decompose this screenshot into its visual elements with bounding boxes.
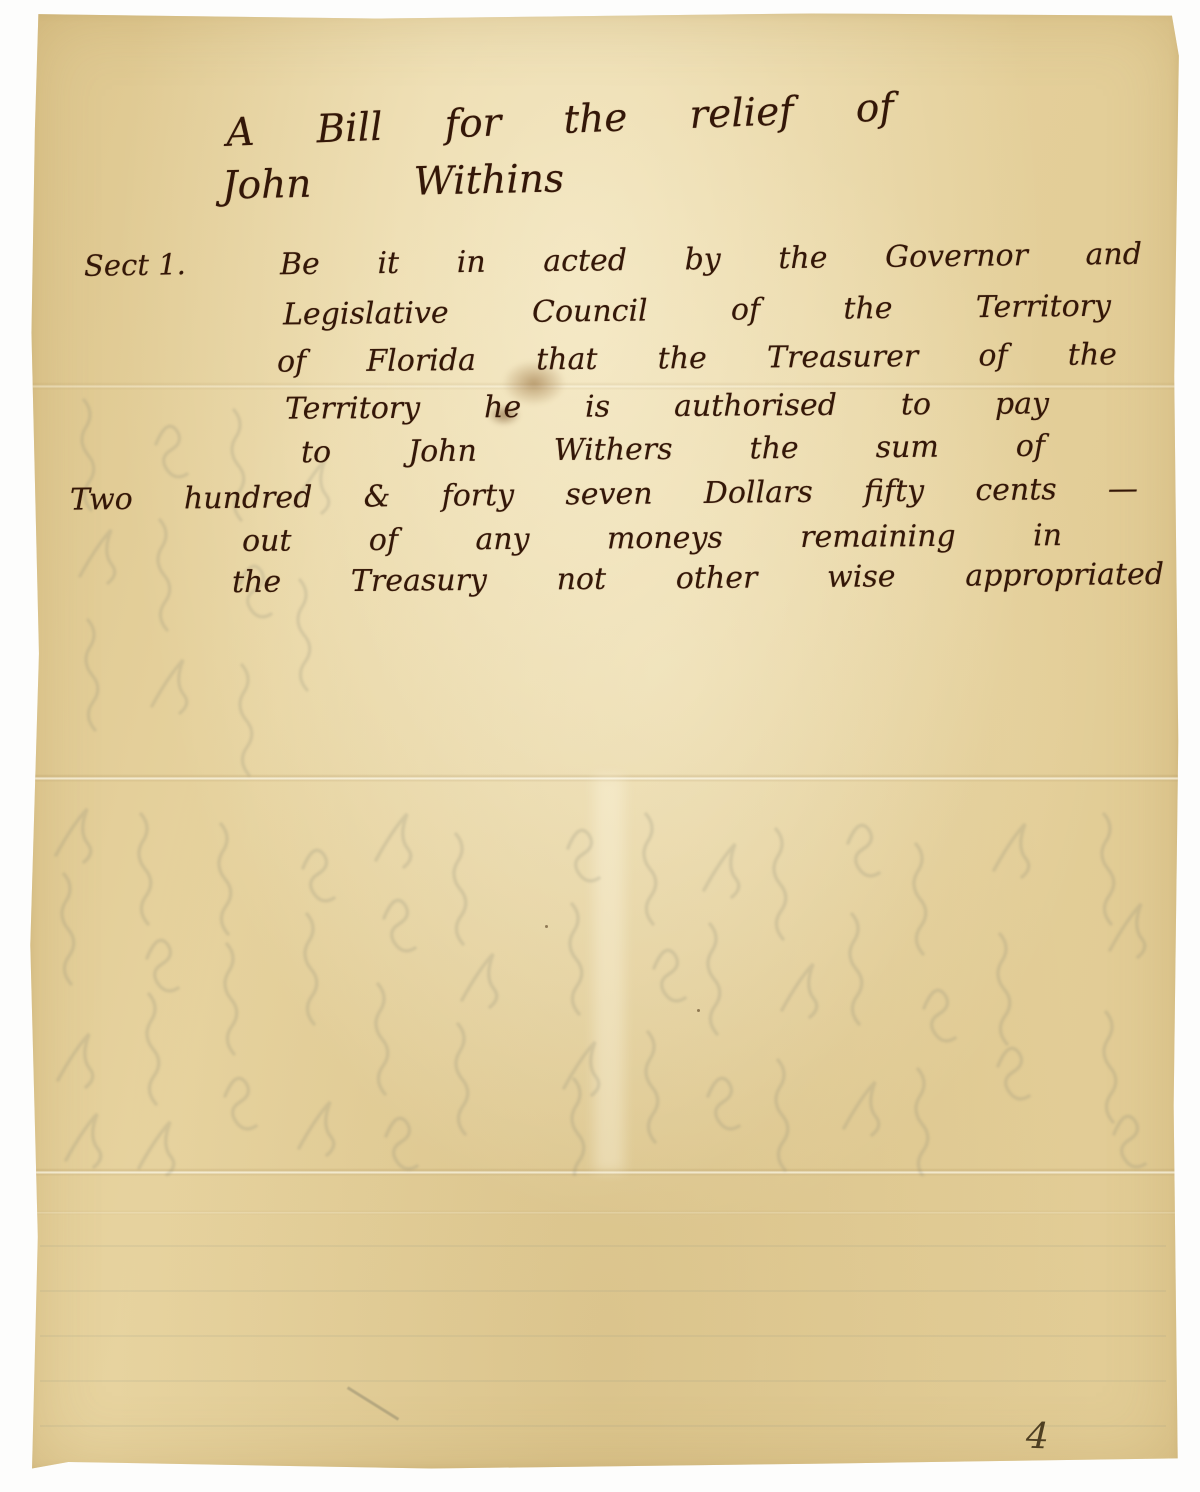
- body-line-3: of Florida that the Treasurer of the: [277, 337, 1117, 380]
- paper-speck: [545, 925, 548, 928]
- manuscript-page: A Bill for the relief of John Withins Se…: [28, 12, 1180, 1470]
- bleedthrough-writing-main: [46, 784, 1168, 1176]
- body-line-7: out of any moneys remaining in: [242, 518, 1062, 560]
- title-line-1: A Bill for the relief of: [225, 85, 894, 157]
- body-line-4: Territory he is authorised to pay: [285, 386, 1049, 427]
- scan-background: A Bill for the relief of John Withins Se…: [0, 0, 1200, 1492]
- section-label: Sect 1.: [84, 247, 186, 283]
- paper-speck: [697, 1009, 700, 1012]
- faint-ruled-lines: [40, 1202, 1166, 1478]
- body-line-2: Legislative Council of the Territory: [283, 289, 1111, 334]
- page-number: 4: [1025, 1416, 1049, 1458]
- body-line-8: the Treasury not other wise appropriated: [232, 557, 1164, 601]
- body-line-5: to John Withers the sum of: [301, 429, 1045, 471]
- body-line-1: Be it in acted by the Governor and: [280, 237, 1142, 284]
- title-line-2: John Withins: [222, 156, 565, 210]
